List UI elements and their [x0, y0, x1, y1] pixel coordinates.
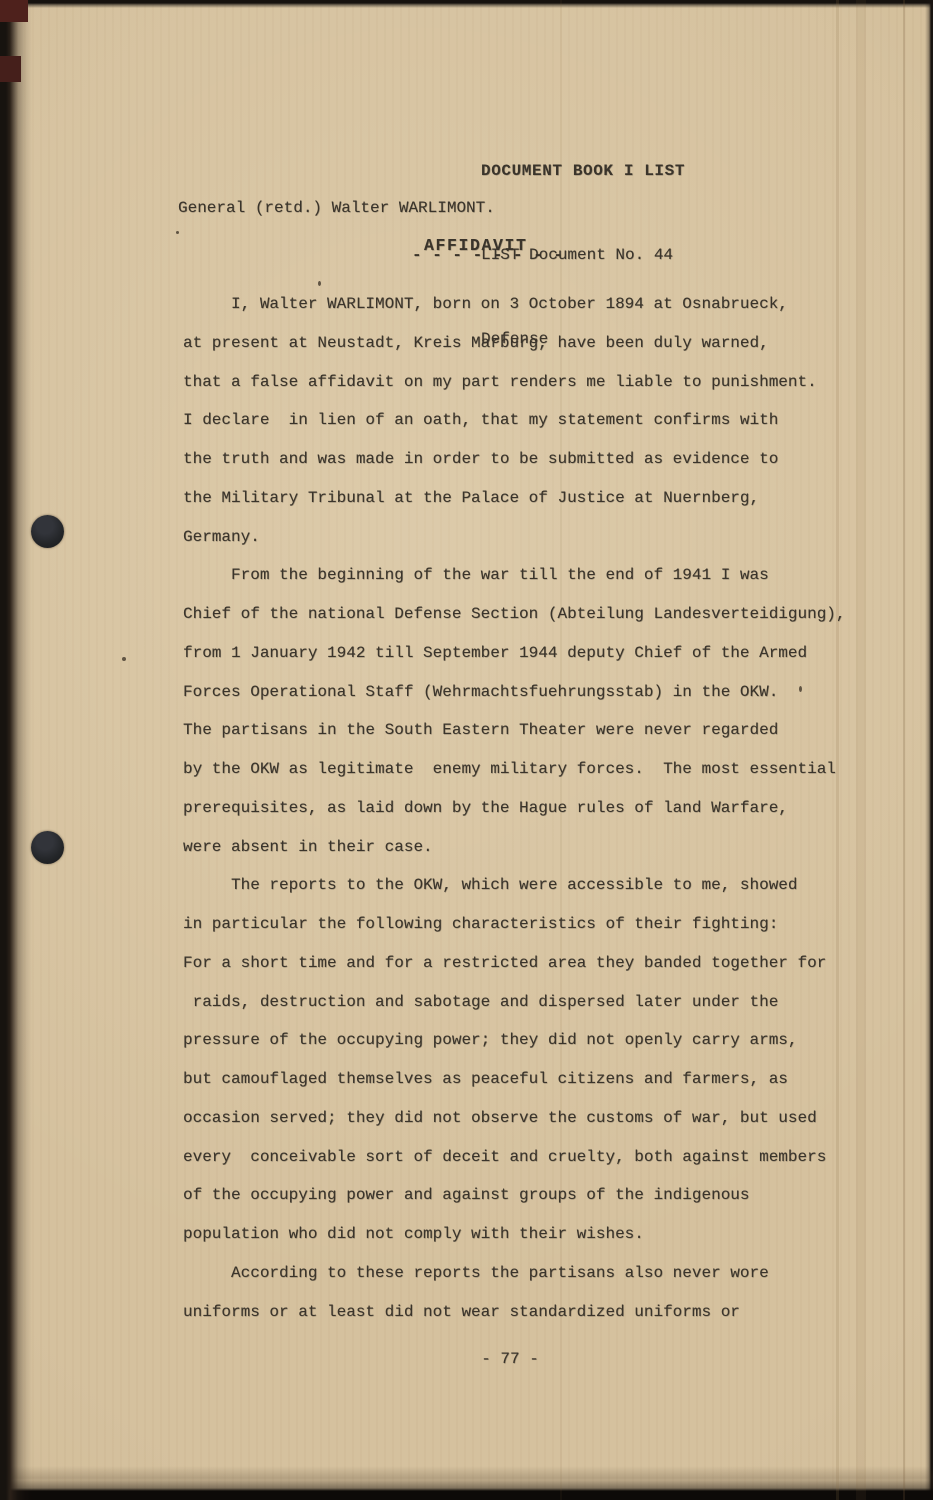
typed-line: The reports to the OKW, which were acces… [183, 866, 846, 905]
typed-line: Chief of the national Defense Section (A… [183, 595, 846, 634]
typed-line: I, Walter WARLIMONT, born on 3 October 1… [183, 285, 846, 324]
scan-edge-right [925, 0, 933, 1500]
hole-punch [31, 831, 64, 864]
typed-line: occasion served; they did not observe th… [183, 1099, 846, 1138]
author-line: General (retd.) Walter WARLIMONT. [178, 199, 495, 217]
typed-line: For a short time and for a restricted ar… [183, 944, 846, 983]
typed-line: pressure of the occupying power; they di… [183, 1021, 846, 1060]
typed-line: Germany. [183, 518, 846, 557]
typed-line: in particular the following characterist… [183, 905, 846, 944]
scan-edge-left [0, 0, 32, 1500]
binding-tape-mark [0, 0, 28, 22]
title-underline: - - - - - - - - [412, 246, 564, 264]
typed-line: of the occupying power and against group… [183, 1176, 846, 1215]
typed-line: were absent in their case. [183, 828, 846, 867]
typed-line: at present at Neustadt, Kreis Marburg, h… [183, 324, 846, 363]
paper-speck [176, 231, 179, 234]
paper-speck [122, 657, 126, 661]
typed-line: but camouflaged themselves as peaceful c… [183, 1060, 846, 1099]
typed-line: From the beginning of the war till the e… [183, 556, 846, 595]
typed-line: I declare in lien of an oath, that my st… [183, 401, 846, 440]
title-block: AFFIDAVIT - - - - - - - - [412, 236, 564, 264]
typed-line: uniforms or at least did not wear standa… [183, 1293, 846, 1332]
typed-line: Forces Operational Staff (Wehrmachtsfueh… [183, 673, 846, 712]
typed-line: The partisans in the South Eastern Theat… [183, 711, 846, 750]
header-line-book: DOCUMENT BOOK I LIST [481, 157, 685, 185]
scan-edge-top [0, 0, 933, 8]
scanned-document-page: DOCUMENT BOOK I LIST LIST Document No. 4… [0, 0, 933, 1500]
affidavit-body: I, Walter WARLIMONT, born on 3 October 1… [183, 285, 846, 1331]
typed-line: the Military Tribunal at the Palace of J… [183, 479, 846, 518]
paper-fold-streak [903, 0, 905, 1500]
paper-fold-streak [856, 0, 866, 1500]
typed-line: from 1 January 1942 till September 1944 … [183, 634, 846, 673]
typed-line: According to these reports the partisans… [183, 1254, 846, 1293]
typed-line: prerequisites, as laid down by the Hague… [183, 789, 846, 828]
page-number: - 77 - [430, 1350, 590, 1368]
typed-line: that a false affidavit on my part render… [183, 363, 846, 402]
binding-tape-mark [0, 56, 21, 82]
hole-punch [31, 515, 64, 548]
scan-edge-bottom [0, 1466, 933, 1500]
typed-line: by the OKW as legitimate enemy military … [183, 750, 846, 789]
typed-line: the truth and was made in order to be su… [183, 440, 846, 479]
typed-line: population who did not comply with their… [183, 1215, 846, 1254]
typed-line: every conceivable sort of deceit and cru… [183, 1138, 846, 1177]
typed-line: raids, destruction and sabotage and disp… [183, 983, 846, 1022]
